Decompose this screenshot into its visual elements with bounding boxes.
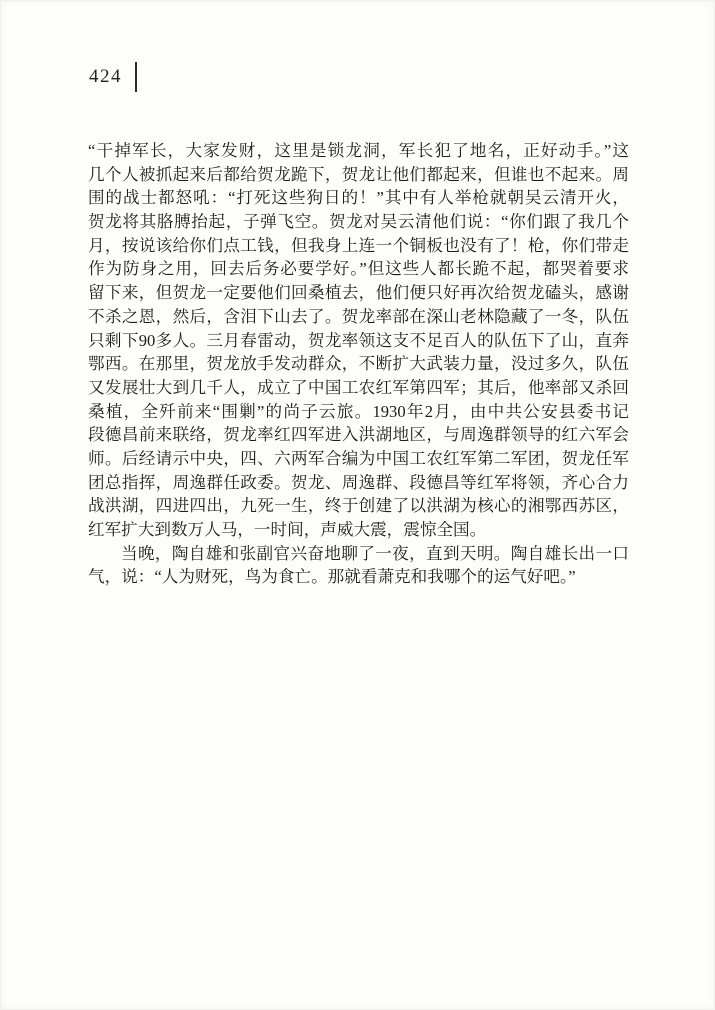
text-line: 鄂西。在那里，贺龙放手发动群众，不断扩大武装力量，没过多久，队伍 (88, 352, 629, 376)
text-line: 气，说：“人为财死，鸟为食亡。那就看萧克和我哪个的运气好吧。” (88, 565, 629, 589)
book-page: 424 “干掉军长，大家发财，这里是锁龙洞，军长犯了地名，正好动手。”这几个人被… (0, 0, 715, 1010)
text-line: 作为防身之用，回去后务必要学好。”但这些人都长跪不起，都哭着要求 (88, 257, 629, 281)
text-line: 团总指挥，周逸群任政委。贺龙、周逸群、段德昌等红军将领，齐心合力 (88, 471, 629, 495)
text-line: 段德昌前来联络，贺龙率红四军进入洪湖地区，与周逸群领导的红六军会 (88, 423, 629, 447)
text-line: 桑植，全歼前来“围剿”的尚子云旅。1930年2月，由中共公安县委书记 (88, 400, 629, 424)
body-text: “干掉军长，大家发财，这里是锁龙洞，军长犯了地名，正好动手。”这几个人被抓起来后… (88, 139, 629, 589)
text-line: 当晚，陶自雄和张副官兴奋地聊了一夜，直到天明。陶自雄长出一口 (88, 542, 629, 566)
text-line: 几个人被抓起来后都给贺龙跪下，贺龙让他们都起来，但谁也不起来。周 (88, 163, 629, 187)
page-header: 424 (89, 62, 137, 92)
page-number: 424 (89, 62, 122, 92)
text-line: 不杀之恩，然后，含泪下山去了。贺龙率部在深山老林隐藏了一冬，队伍 (88, 305, 629, 329)
text-line: 又发展壮大到几千人，成立了中国工农红军第四军；其后，他率部又杀回 (88, 376, 629, 400)
text-line: 红军扩大到数万人马，一时间，声威大震，震惊全国。 (88, 518, 629, 542)
text-line: 战洪湖，四进四出，九死一生，终于创建了以洪湖为核心的湘鄂西苏区， (88, 494, 629, 518)
text-line: “干掉军长，大家发财，这里是锁龙洞，军长犯了地名，正好动手。”这 (88, 139, 629, 163)
text-line: 贺龙将其胳膊抬起，子弹飞空。贺龙对吴云清他们说：“你们跟了我几个 (88, 210, 629, 234)
text-line: 月，按说该给你们点工钱，但我身上连一个铜板也没有了！枪，你们带走 (88, 234, 629, 258)
folio-divider-rule (135, 62, 137, 92)
text-line: 留下来，但贺龙一定要他们回桑植去，他们便只好再次给贺龙磕头，感谢 (88, 281, 629, 305)
text-line: 只剩下90多人。三月春雷动，贺龙率领这支不足百人的队伍下了山，直奔 (88, 329, 629, 353)
text-line: 师。后经请示中央，四、六两军合编为中国工农红军第二军团，贺龙任军 (88, 447, 629, 471)
text-line: 围的战士都怒吼：“打死这些狗日的！”其中有人举枪就朝吴云清开火， (88, 186, 629, 210)
